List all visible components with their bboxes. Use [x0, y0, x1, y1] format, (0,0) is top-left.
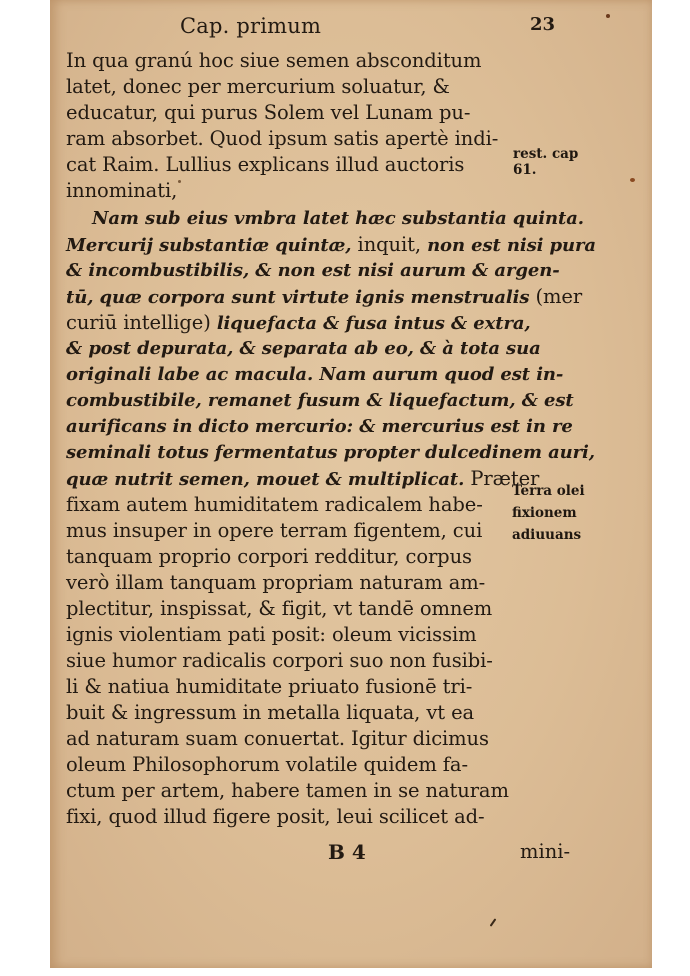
text-line: & post depurata, & separata ab eo, & à t… [66, 336, 541, 362]
text-line: In qua granú hoc siue semen absconditum [66, 48, 481, 74]
text-line: latet, donec per mercurium soluatur, & [66, 74, 450, 100]
text-line: innominati, [66, 178, 177, 204]
text-line: cat Raim. Lullius explicans illud auctor… [66, 152, 464, 178]
text-line: curiū intellige) liquefacta & fusa intus… [66, 310, 531, 337]
text-line: Nam sub eius vmbra latet hæc substantia … [92, 206, 584, 232]
catchword: mini- [520, 840, 570, 863]
folio-number: 23 [530, 14, 555, 35]
text-line: ignis violentiam pati posit: oleum vicis… [66, 622, 477, 648]
text-line: buit & ingressum in metalla liquata, vt … [66, 700, 474, 726]
text-line: ram absorbet. Quod ipsum satis apertè in… [66, 126, 498, 152]
text-line: plectitur, inspissat, & figit, vt tandē … [66, 596, 492, 622]
text-line: oleum Philosophorum volatile quidem fa- [66, 752, 468, 778]
text-line: seminali totus fermentatus propter dulce… [66, 440, 595, 466]
text-line: Mercurij substantiæ quintæ, inquit, non … [66, 232, 596, 259]
text-line: ad naturam suam conuertat. Igitur dicimu… [66, 726, 489, 752]
text-line: quæ nutrit semen, mouet & multiplicat. P… [66, 466, 539, 493]
text-line: siue humor radicalis corpori suo non fus… [66, 648, 493, 674]
text-line: mus insuper in opere terram figentem, cu… [66, 518, 482, 544]
text-line: tū, quæ corpora sunt virtute ignis menst… [66, 284, 582, 311]
margin-note-reference: rest. cap 61. [513, 146, 578, 178]
running-head: Cap. primum [180, 14, 321, 38]
signature-mark: B 4 [328, 840, 366, 864]
margin-note-terra-olei: Terra olei fixionem adiuuans [512, 480, 585, 546]
text-line: aurificans in dicto mercurio: & mercuriu… [66, 414, 573, 440]
text-line: li & natiua humiditate priuato fusionē t… [66, 674, 472, 700]
text-line: combustibile, remanet fusum & liquefactu… [66, 388, 574, 414]
text-line: verò illam tanquam propriam naturam am- [66, 570, 485, 596]
text-line: educatur, qui purus Solem vel Lunam pu- [66, 100, 470, 126]
text-line: ctum per artem, habere tamen in se natur… [66, 778, 509, 804]
text-line: fixam autem humiditatem radicalem habe- [66, 492, 483, 518]
text-line: & incombustibilis, & non est nisi aurum … [66, 258, 560, 284]
text-line: fixi, quod illud figere posit, leui scil… [66, 804, 485, 830]
text-line: tanquam proprio corpori redditur, corpus [66, 544, 472, 570]
text-line: originali labe ac macula. Nam aurum quod… [66, 362, 563, 388]
